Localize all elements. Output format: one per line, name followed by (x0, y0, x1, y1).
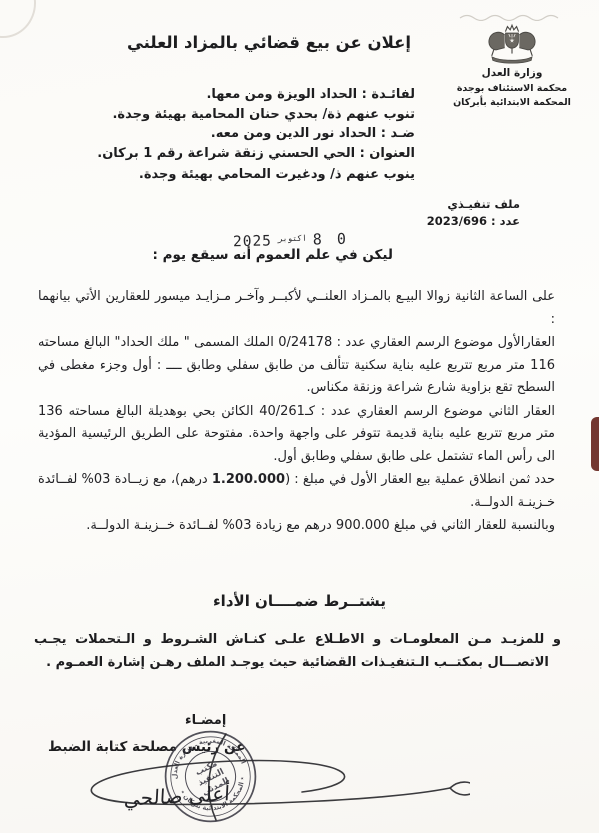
first-instance-court-name: المحكمة الابتدائية بأبركان (433, 96, 591, 110)
payment-guarantee-condition: يشتــرط ضمــــان الأداء (0, 592, 599, 610)
price1-text-pre: حدد ثمن انطلاق عملية بيع العقار الأول في… (285, 472, 555, 487)
public-notice-intro: ليكن في علم العموم أنه سيقع يوم : (153, 247, 393, 263)
punch-hole-mark (0, 0, 36, 38)
further-information-note: و للمزيـد مـن المعلومـات و الاطـلاع علـى… (34, 629, 561, 674)
parties-block: لفائـدة : الحداد الويزة ومن معها. تنوب ع… (97, 85, 415, 185)
scanned-auction-announcement: وزارة العدل محكمة الاستئناف بوجدة المحكم… (0, 0, 599, 833)
stamp-month: اكتوبر (278, 234, 307, 244)
handwritten-scribble (457, 12, 567, 21)
date-stamp: 0 8 اكتوبر 2025 (233, 230, 349, 250)
stamp-day: 0 8 (313, 230, 349, 249)
party-beneficiary-counsel: تنوب عنهم ذة/ بحدي حنان المحامية بهيئة و… (97, 105, 415, 125)
party-defendant: ضـد : الحداد نور الدين ومن معه. (97, 124, 415, 144)
announcement-body: على الساعة الثانية زوالا البيـع بالمـزاد… (38, 286, 555, 539)
party-defendant-counsel: ينوب عنهم ذ/ ودغيرت المحامي بهيئة وجدة. (97, 165, 415, 185)
coat-of-arms-icon (480, 22, 544, 66)
property1-starting-price: حدد ثمن انطلاق عملية بيع العقار الأول في… (38, 469, 555, 514)
property1-description: العقارالأول موضوع الرسم العقاري عدد : 0/… (38, 332, 555, 400)
property2-starting-price: وبالنسبة للعقار الثاني في مبلغ 900.000 د… (38, 515, 555, 538)
property2-description: العقار الثاني موضوع الرسم العقاري عدد : … (38, 401, 555, 469)
price1-amount: 1.200.000 (212, 472, 285, 487)
appeal-court-name: محكمة الاستئناف بوجدة (433, 82, 591, 96)
ministry-name: وزارة العدل (433, 66, 591, 82)
ink-smudge-mark (591, 417, 599, 471)
letterhead: وزارة العدل محكمة الاستئناف بوجدة المحكم… (433, 12, 591, 110)
document-title: إعلان عن بيع قضائي بالمزاد العلني (124, 33, 414, 52)
case-file-number: عدد : 2023/696 (427, 213, 520, 230)
case-file-type: ملف تنفيـذي (427, 196, 520, 213)
party-beneficiary: لفائـدة : الحداد الويزة ومن معها. (97, 85, 415, 105)
handwritten-signature-strokes (30, 726, 470, 830)
stamp-year: 2025 (233, 233, 272, 250)
auction-terms-paragraph: على الساعة الثانية زوالا البيـع بالمـزاد… (38, 286, 555, 331)
party-address: العنوان : الحي الحسني زنقة شراعة رقم 1 ب… (97, 144, 415, 164)
case-file-block: ملف تنفيـذي عدد : 2023/696 (427, 196, 520, 230)
